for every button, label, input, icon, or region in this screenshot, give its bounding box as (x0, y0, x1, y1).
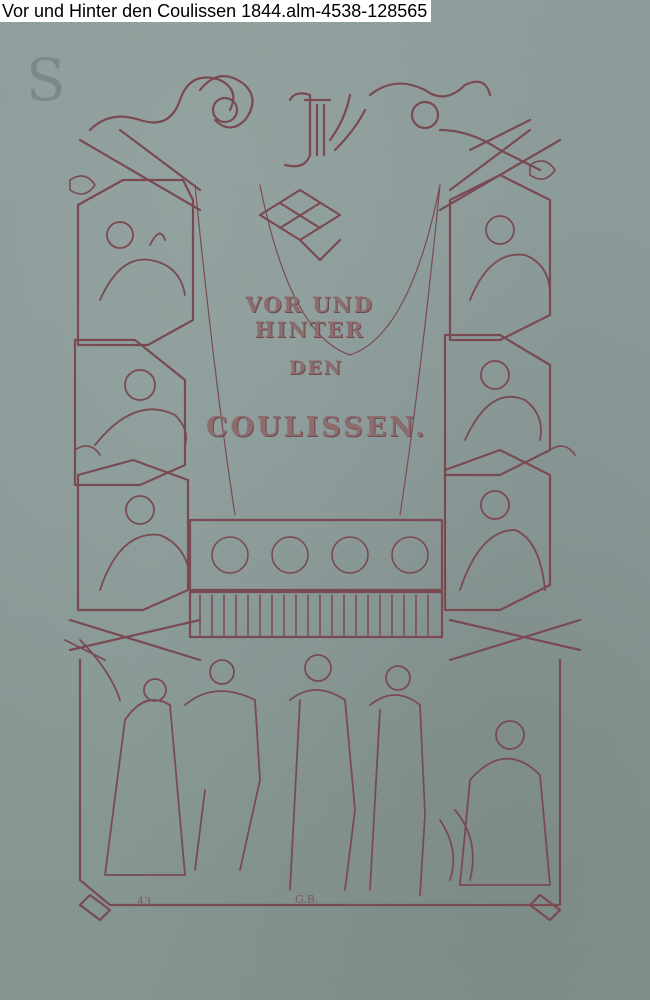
stage-balustrade (190, 520, 442, 590)
laurel-icon (330, 95, 365, 150)
plate-number: 43. (137, 895, 155, 908)
title-line-3: COULISSEN. (206, 412, 421, 443)
book-cover: Vor und Hinter den Coulissen 1844.alm-45… (0, 0, 650, 1000)
top-left-scroll (90, 78, 233, 131)
right-frame-1 (450, 175, 550, 340)
lattice-ornament (260, 190, 340, 260)
engraver-mark: G.B. (295, 893, 318, 906)
left-frame-3 (78, 460, 188, 610)
portrait-figures (95, 216, 550, 590)
lyre-icon (285, 93, 310, 166)
left-frame-1 (78, 180, 193, 345)
right-frame-2 (445, 335, 550, 475)
engraved-border-illustration (0, 0, 650, 1000)
stage-figures (65, 640, 550, 895)
bottom-frame (80, 660, 560, 905)
title-line-1: VOR UND HINTER (202, 292, 417, 342)
title-line-2: DEN (266, 357, 366, 379)
